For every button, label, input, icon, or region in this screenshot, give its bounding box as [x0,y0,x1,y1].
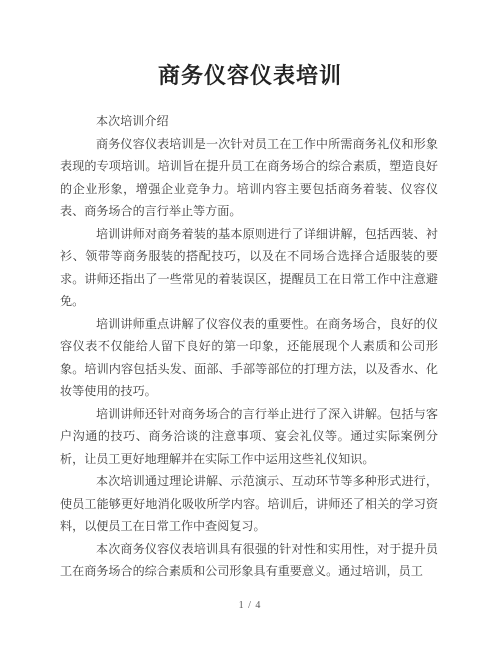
paragraph-conclusion: 本次商务仪容仪表培训具有很强的针对性和实用性，对于提升员工在商务场合的综合素质和… [60,538,438,583]
document-body: 本次培训介绍 商务仪容仪表培训是一次针对员工在工作中所需商务礼仪和形象表现的专项… [60,110,438,583]
page-number: 1 / 4 [0,600,500,611]
document-page: 商务仪容仪表培训 本次培训介绍 商务仪容仪表培训是一次针对员工在工作中所需商务礼… [0,0,500,647]
document-title: 商务仪容仪表培训 [0,60,500,92]
paragraph-grooming: 培训讲师重点讲解了仪容仪表的重要性。在商务场合，良好的仪容仪表不仅能给人留下良好… [60,313,438,403]
paragraph-intro-heading: 本次培训介绍 [60,110,438,133]
paragraph-overview: 商务仪容仪表培训是一次针对员工在工作中所需商务礼仪和形象表现的专项培训。培训旨在… [60,133,438,223]
paragraph-training-methods: 本次培训通过理论讲解、示范演示、互动环节等多种形式进行，使员工能够更好地消化吸收… [60,470,438,538]
paragraph-conduct: 培训讲师还针对商务场合的言行举止进行了深入讲解。包括与客户沟通的技巧、商务洽谈的… [60,403,438,471]
paragraph-dress-code: 培训讲师对商务着装的基本原则进行了详细讲解，包括西装、衬衫、领带等商务服装的搭配… [60,223,438,313]
